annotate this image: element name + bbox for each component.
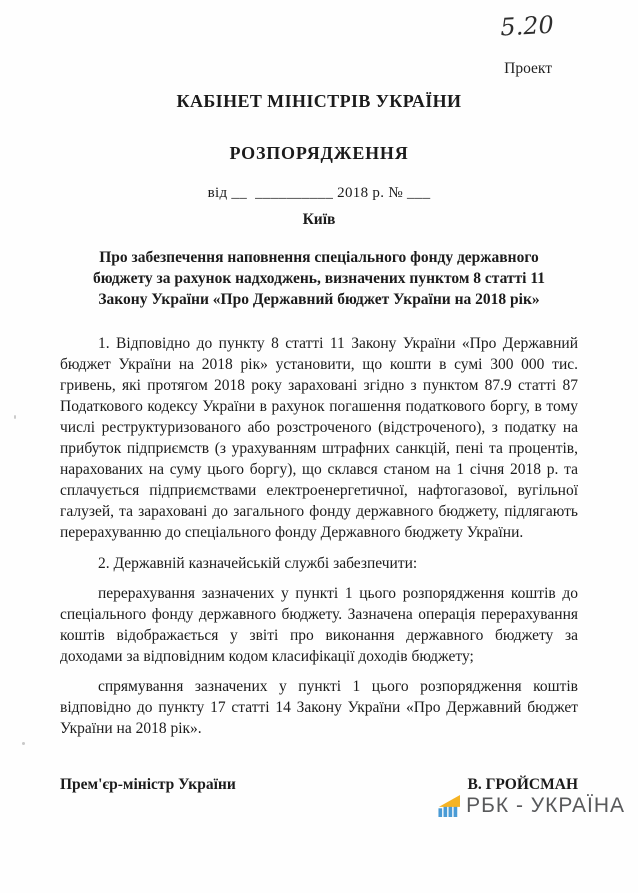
paragraph-2: 2. Державній казначейській службі забезп… [60, 553, 578, 574]
handwritten-note: 5.20 [59, 6, 578, 67]
rbc-brand-text: РБК - УКРАЇНА [466, 794, 625, 818]
institution-title: КАБІНЕТ МІНІСТРІВ УКРАЇНИ [60, 91, 578, 112]
document-page: 5.20 Проект КАБІНЕТ МІНІСТРІВ УКРАЇНИ РО… [0, 0, 638, 893]
paragraph-1: 1. Відповідно до пункту 8 статті 11 Зако… [60, 333, 578, 543]
paragraph-4: спрямування зазначених у пункті 1 цього … [60, 676, 578, 739]
subject-title: Про забезпечення наповнення спеціального… [60, 247, 578, 310]
signature-block: Прем'єр-міністр України В. ГРОЙСМАН [60, 776, 578, 794]
rbc-logo-icon [438, 795, 460, 817]
date-number-line: від __ __________ 2018 р. № ___ [60, 185, 578, 202]
city-label: Київ [60, 211, 578, 229]
signer-name: В. ГРОЙСМАН [467, 776, 578, 794]
scan-speck [14, 415, 16, 419]
document-body: 1. Відповідно до пункту 8 статті 11 Зако… [60, 333, 578, 739]
signer-position: Прем'єр-міністр України [60, 776, 236, 794]
rbc-ukraine-watermark: РБК - УКРАЇНА [438, 794, 625, 818]
paragraph-3: перерахування зазначених у пункті 1 цьог… [60, 583, 578, 667]
scan-speck [22, 742, 25, 745]
subject-line-1: Про забезпечення наповнення спеціального… [60, 247, 578, 268]
subject-line-3: Закону України «Про Державний бюджет Укр… [60, 289, 578, 310]
document-type-heading: РОЗПОРЯДЖЕННЯ [60, 143, 578, 164]
subject-line-2: бюджету за рахунок надходжень, визначени… [60, 268, 578, 289]
